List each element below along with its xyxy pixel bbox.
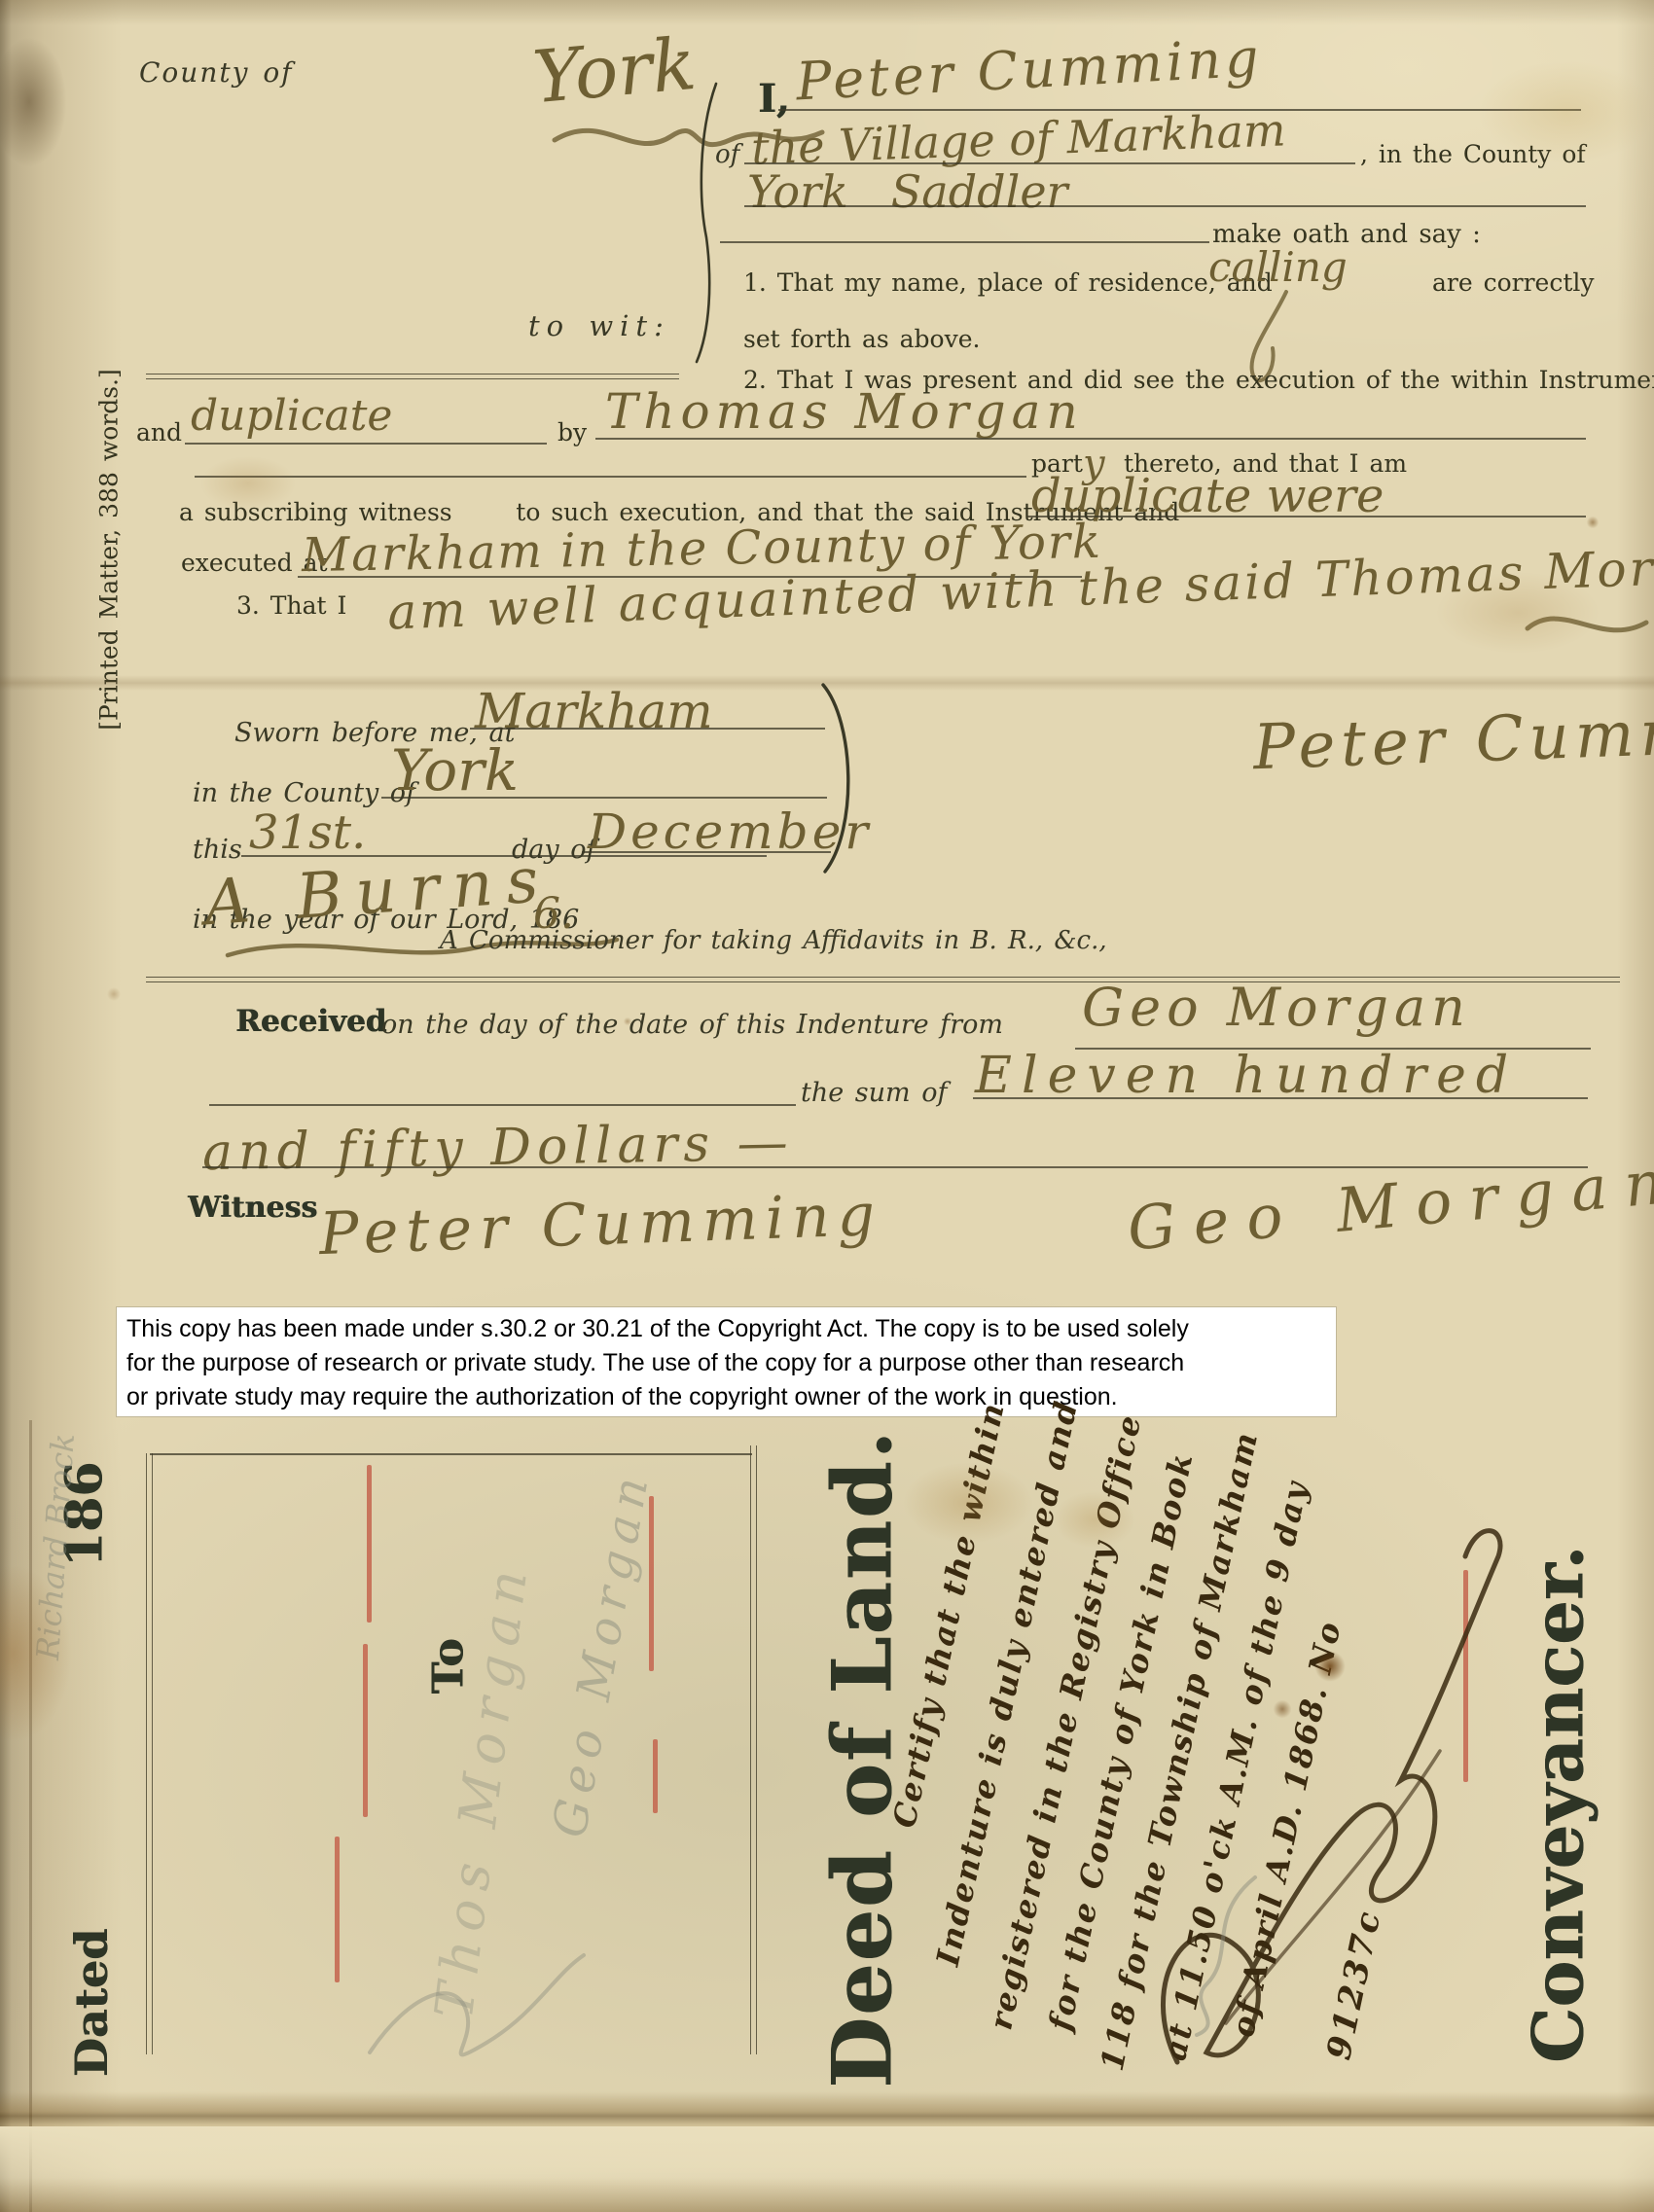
duplicate-handwritten: duplicate [191, 391, 392, 441]
docket-panel-right-rule [750, 1445, 757, 2054]
jurat-closing-brace [819, 683, 862, 875]
deponent-name-handwritten: Peter Cumming [795, 26, 1264, 112]
in-county-of-label: , in the County of [1360, 140, 1586, 168]
copyright-notice-line1: This copy has been made under s.30.2 or … [126, 1315, 1189, 1343]
form-rule [582, 851, 831, 853]
jurat-county-handwritten: York [391, 737, 519, 803]
received-text: on the day of the date of this Indenture… [381, 1010, 1003, 1040]
to-wit-label: to wit: [528, 309, 670, 342]
form-brace [695, 82, 720, 366]
form-rule [720, 241, 1209, 243]
clause3-label: 3. That I [236, 591, 346, 620]
form-double-rule [146, 374, 679, 379]
form-rule [1026, 516, 1586, 517]
conveyancer-pencil-scribble [1168, 1868, 1284, 2043]
form-rule [973, 1097, 1588, 1099]
occupation-handwritten: York Saddler [747, 165, 1068, 218]
docket-red-rule [653, 1739, 658, 1813]
i-comma-blackletter: I, [758, 76, 790, 122]
copyright-notice-line2: for the purpose of research or private s… [126, 1349, 1184, 1377]
by-label: by [557, 418, 587, 446]
docket-red-rule [367, 1465, 372, 1623]
clause1-text-a: 1. That my name, place of residence, and [743, 268, 1273, 297]
form-rule [185, 443, 547, 445]
county-of-label: County of [139, 56, 294, 89]
payer-signature: Geo Morgan [1125, 1145, 1654, 1264]
amount-line2-handwritten: and fifty Dollars — [202, 1114, 795, 1183]
docket-pencil-name-1: Geo Morgan [542, 1466, 661, 1841]
received-blackletter: Received [235, 1004, 386, 1039]
payer-name-handwritten: Geo Morgan [1082, 977, 1471, 1038]
folded-bottom-strip [0, 2126, 1654, 2212]
docket-pencil-scribble [350, 1936, 603, 2082]
docket-panel-left-rule [146, 1453, 153, 2054]
witness-signature: Peter Cumming [318, 1181, 883, 1268]
clause1-text-c: set forth as above. [743, 325, 980, 353]
printed-matter-margin-note: [Printed Matter, 388 words.] [95, 369, 124, 731]
form-rule [470, 728, 825, 730]
sworn-place-handwritten: Markham [475, 683, 713, 739]
sum-of-label: the sum of [801, 1078, 947, 1108]
docket-red-rule [363, 1644, 368, 1817]
deponent-jurat-signature: Peter Cumming [1252, 693, 1654, 784]
witness-blackletter: Witness [188, 1191, 317, 1225]
executor-name-handwritten: Thomas Morgan [605, 383, 1084, 440]
margin-pencil-note: Richard Brock [29, 1432, 82, 1660]
docket-panel-top-rule [150, 1453, 752, 1455]
clause3-trailing-flourish [1524, 589, 1650, 658]
docket-deed-title: Deed of Land. [814, 1429, 911, 2088]
calling-handwritten: calling [1208, 243, 1348, 291]
jurat-county-label: in the County of [193, 778, 415, 808]
form-rule [381, 797, 827, 799]
copyright-notice-box: This copy has been made under s.30.2 or … [117, 1307, 1336, 1416]
form-rule [744, 205, 1586, 207]
copyright-notice-line3: or private study may require the authori… [126, 1383, 1118, 1411]
and-label: and [136, 418, 182, 446]
form-rule [209, 1104, 796, 1106]
docket-dated-label: Dated [65, 1929, 118, 2077]
form-rule [195, 476, 1026, 478]
form-rule [202, 1166, 1588, 1168]
commissioner-title: A Commissioner for taking Affidavits in … [440, 926, 1107, 955]
amount-line1-handwritten: Eleven hundred [975, 1047, 1518, 1105]
this-label: this [193, 835, 242, 865]
clause1-text-b: are correctly [1432, 268, 1595, 297]
form-rule [595, 438, 1586, 440]
form-rule [744, 162, 1355, 164]
docket-red-rule [335, 1837, 340, 1982]
scanned-deed-affidavit-page: County of York I, Peter Cumming of the V… [0, 0, 1654, 2212]
page-edge-line [29, 1420, 32, 2212]
docket-to-label: To [424, 1638, 474, 1694]
bottom-fold-crease [0, 2091, 1654, 2136]
day-handwritten: 31st. [249, 805, 366, 860]
docket-conveyancer-label: Conveyancer. [1517, 1546, 1600, 2063]
